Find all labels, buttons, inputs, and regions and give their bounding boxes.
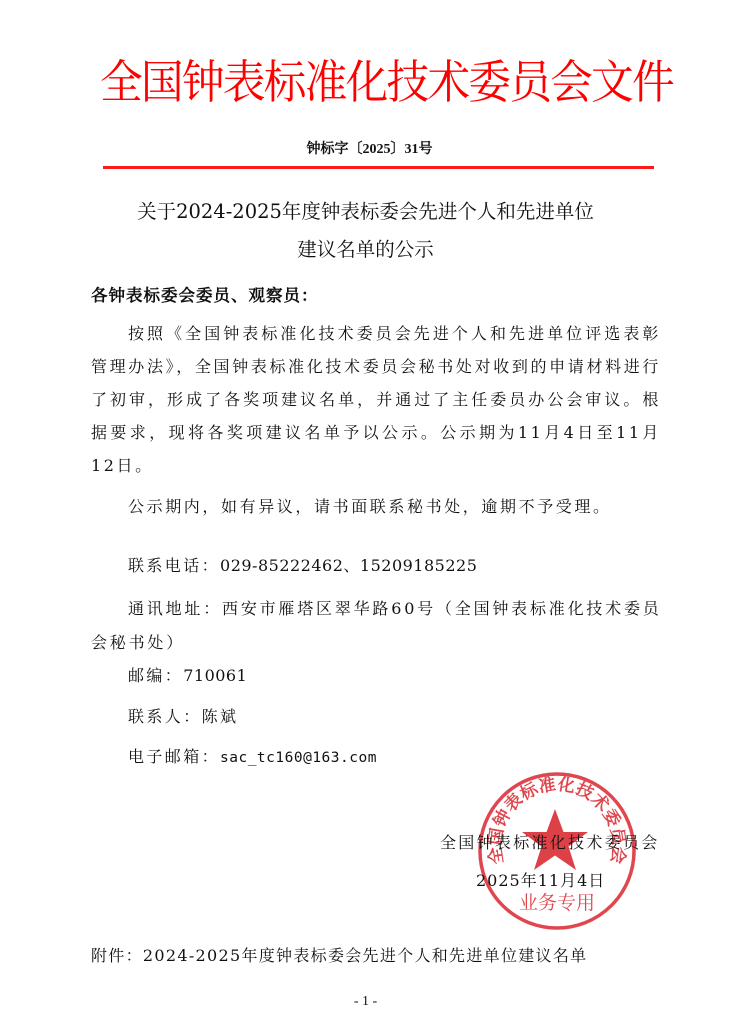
salutation: 各钟表标委会委员、观察员：	[91, 283, 319, 309]
person-value: 陈斌	[202, 707, 239, 726]
phone-value: 029-85222462、15209185225	[220, 556, 477, 575]
contact-email: 电子邮箱：sac_tc160@163.com	[91, 742, 666, 773]
email-value: sac_tc160@163.com	[220, 750, 377, 766]
document-page: 全国钟表标准化技术委员会文件 钟标字〔2025〕31号 关于2024-2025年…	[0, 0, 731, 1029]
document-number: 钟标字〔2025〕31号	[0, 140, 731, 160]
issuer-title: 全国钟表标准化技术委员会文件	[100, 52, 623, 112]
contact-address: 通讯地址：西安市雁塔区翠华路60号（全国钟表标准化技术委员会秘书处）	[91, 592, 666, 660]
document-title-line-2: 建议名单的公示	[0, 236, 731, 264]
seal-bottom-text: 业务专用	[519, 892, 595, 914]
issue-date: 2025年11月4日	[476, 867, 605, 895]
page-number: - 1 -	[0, 992, 731, 1012]
red-header-divider	[103, 166, 654, 169]
contact-person: 联系人：陈斌	[91, 702, 666, 732]
address-label: 通讯地址：	[128, 599, 222, 618]
attachment-note: 附件：2024-2025年度钟表标委会先进个人和先进单位建议名单	[91, 942, 587, 970]
zip-value: 710061	[183, 666, 247, 685]
person-label: 联系人：	[128, 707, 202, 726]
notice-paragraph: 公示期内，如有异议，请书面联系秘书处，逾期不予受理。	[91, 492, 661, 522]
contact-zip: 邮编：710061	[91, 661, 666, 691]
zip-label: 邮编：	[128, 666, 183, 685]
phone-label: 联系电话：	[128, 556, 220, 575]
issuer-signature: 全国钟表标准化技术委员会	[440, 829, 660, 857]
contact-phone: 联系电话：029-85222462、15209185225	[91, 551, 666, 581]
body-paragraph: 按照《全国钟表标准化技术委员会先进个人和先进单位评选表彰管理办法》，全国钟表标准…	[91, 317, 661, 482]
email-label: 电子邮箱：	[128, 747, 220, 766]
document-title-line-1: 关于2024-2025年度钟表标委会先进个人和先进单位	[0, 198, 731, 226]
